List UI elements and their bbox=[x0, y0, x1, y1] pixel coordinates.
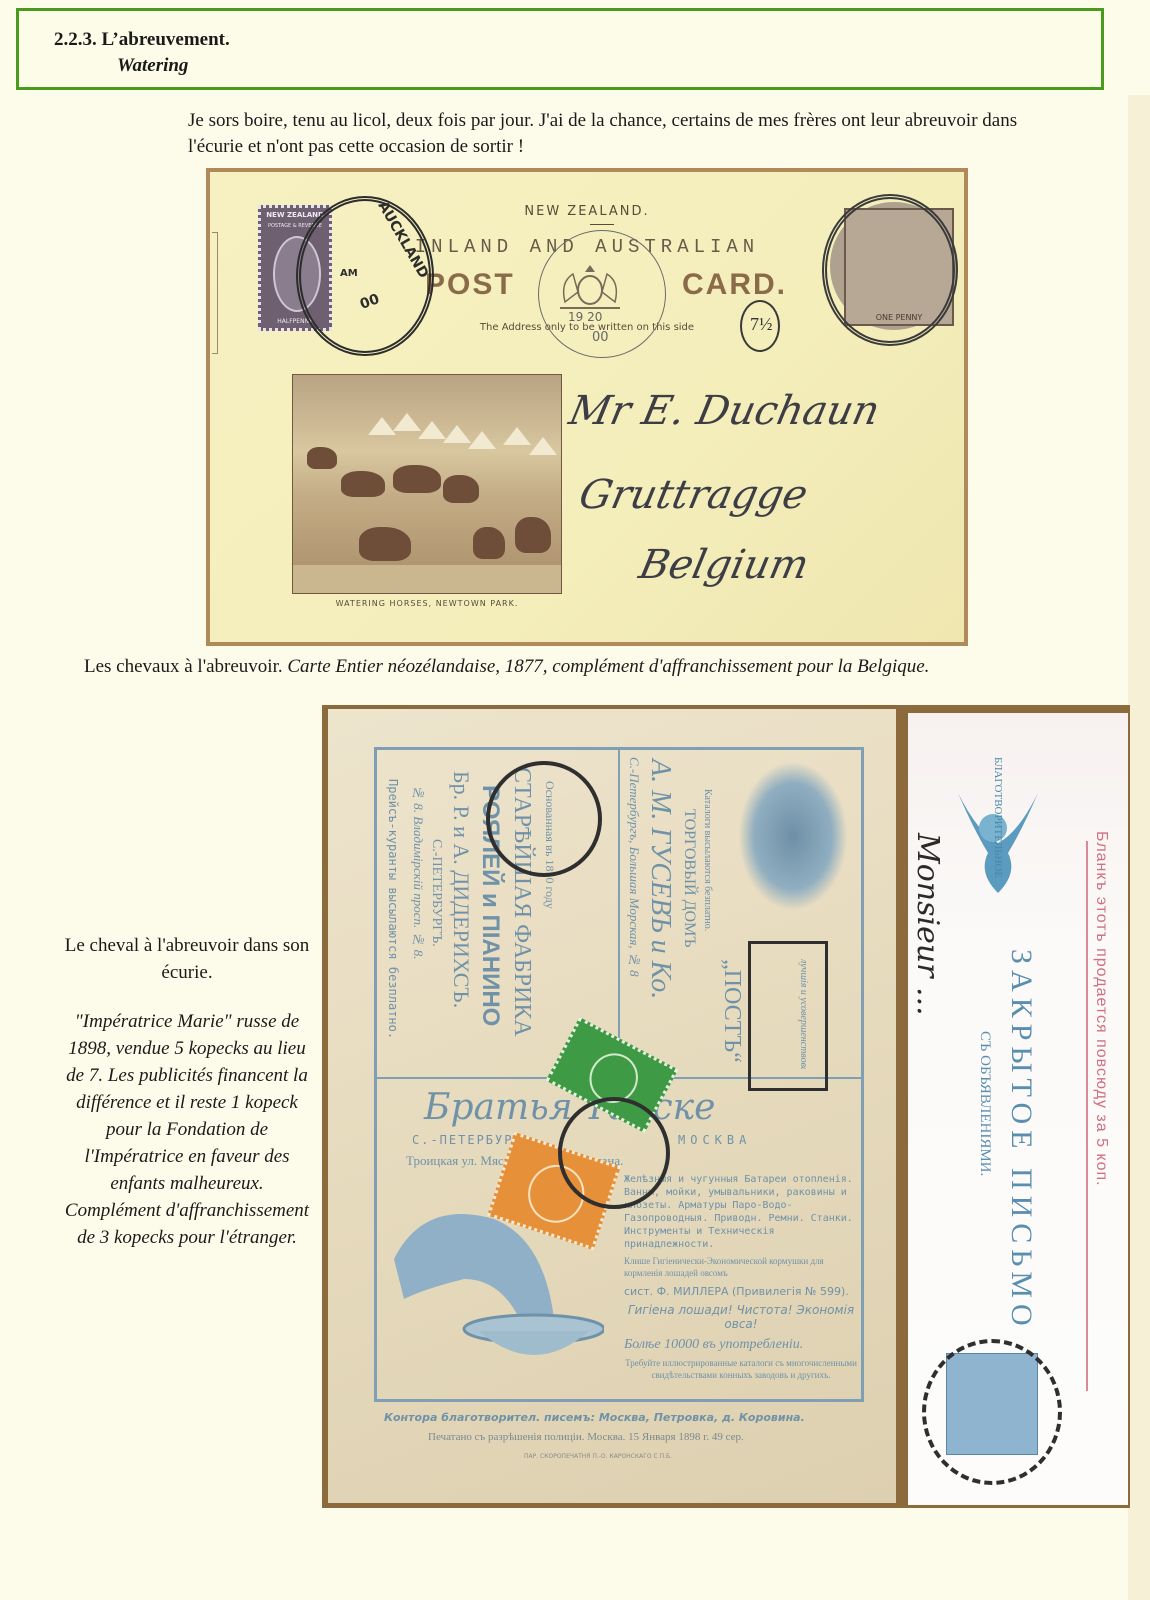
red-rule bbox=[1086, 841, 1088, 1391]
ru-card-caption: Le cheval à l'abreuvoir dans son écurie.… bbox=[64, 932, 310, 1251]
footer-censor: Печатано съ разрѣшенія полиціи. Москва. … bbox=[428, 1431, 744, 1443]
card-subtitle: СЪ ОБЪЯВЛЕНІЯМИ. bbox=[976, 1031, 993, 1176]
nz-postcard: NEW ZEALAND. INLAND AND AUSTRALIAN POST … bbox=[206, 168, 968, 646]
ad-text: Болѣе 10000 въ употребленіи. bbox=[624, 1337, 803, 1353]
ru-letter-card-back: Прейсъ-куранты высылаются безплатно. № 8… bbox=[328, 709, 896, 1503]
ad-text: сист. Ф. МИЛЛЕРА (Привилегія № 599). bbox=[624, 1285, 849, 1298]
handwritten-address: Monsieur ... bbox=[910, 833, 945, 1016]
section-header: 2.2.3. L’abreuvement. Watering bbox=[16, 8, 1104, 90]
address-line-3: Belgium bbox=[635, 542, 813, 588]
boxed-postmark bbox=[748, 941, 828, 1091]
postmark-st-petersburg bbox=[486, 761, 602, 877]
card-post-word: POST bbox=[425, 268, 515, 302]
footer-printer: ПАР. СКОРОПЕЧАТНЯ П.-О. КАРОНСКАГО С П.Б… bbox=[524, 1453, 672, 1460]
ad-text: Прейсъ-куранты высылаются безплатно. bbox=[386, 779, 400, 1039]
postmark-time: AM bbox=[340, 268, 358, 279]
ad-text: Бр. Р. и А. ДИДЕРИХСЪ. bbox=[448, 771, 474, 1008]
card-card-word: CARD. bbox=[682, 268, 787, 302]
ad-text: С.-ПЕТЕРБУРГЪ. bbox=[428, 839, 444, 947]
caption-plain: Le cheval à l'abreuvoir dans son écurie. bbox=[65, 935, 310, 983]
ad-text: Каталоги высылаются безплатно. bbox=[702, 789, 713, 931]
address-line-1: Mr E. Duchaun bbox=[565, 388, 884, 434]
caption-italic: "Impératrice Marie" russe de 1898, vendu… bbox=[64, 1008, 310, 1251]
ad-text: А. М. ГУСЕВЪ и Ко. bbox=[644, 759, 676, 999]
tax-mark: 7½ bbox=[740, 300, 780, 352]
price-note: Бланкъ этотъ продается повсюду за 5 коп. bbox=[1092, 831, 1110, 1187]
ad-text: № 8. Владимірскій просп. № 8. bbox=[410, 785, 426, 960]
ad-divider bbox=[618, 747, 620, 1077]
ad-text: ТОРГОВЫЙ ДОМЪ bbox=[680, 809, 698, 948]
ad-text: „ПОСТЪ“ bbox=[718, 959, 745, 1063]
emblem-text: БЛАГОТВОРИТЕЛЬНОЕ bbox=[992, 757, 1004, 878]
page-edge-shade bbox=[1128, 95, 1150, 1600]
intro-paragraph: Je sors boire, tenu au licol, deux fois … bbox=[188, 108, 1068, 160]
postmark-auckland bbox=[296, 196, 434, 356]
typewriter-illustration bbox=[738, 761, 848, 911]
caption-plain: Les chevaux à l'abreuvoir. bbox=[84, 656, 287, 677]
section-subtitle: Watering bbox=[117, 55, 188, 77]
nz-card-caption: Les chevaux à l'abreuvoir. Carte Entier … bbox=[84, 656, 1094, 678]
section-title: 2.2.3. L’abreuvement. bbox=[54, 29, 230, 51]
postmark-right bbox=[822, 194, 958, 346]
postmark-year: 00 bbox=[592, 330, 609, 345]
ad-city: МОСКВА bbox=[678, 1133, 751, 1147]
ad-text: Требуйте иллюстрированные каталоги съ мн… bbox=[624, 1357, 858, 1381]
postmark-moscow-1898 bbox=[922, 1339, 1062, 1485]
watering-horses-photo bbox=[292, 374, 562, 594]
card-title: ЗАКРЫТОЕ ПИСЬМО bbox=[1004, 949, 1038, 1332]
photo-caption: WATERING HORSES, NEWTOWN PARK. bbox=[292, 599, 562, 608]
divider bbox=[590, 224, 614, 225]
tax-value: 7½ bbox=[750, 314, 773, 335]
ad-text: С.-Петербургъ, Большая Морская, № 8 bbox=[626, 757, 642, 977]
ad-text: Гигіена лошади! Чистота! Экономія овса! bbox=[624, 1303, 858, 1331]
footer-office: Контора благотворител. писемъ: Москва, П… bbox=[384, 1411, 805, 1424]
ru-letter-card-front: БЛАГОТВОРИТЕЛЬНОЕ ЗАКРЫТОЕ ПИСЬМО СЪ ОБЪ… bbox=[902, 713, 1128, 1505]
postmark-moscow bbox=[558, 1097, 670, 1209]
ad-text: Клише Гигіенически-Экономической кормушк… bbox=[624, 1255, 858, 1279]
address-line-2: Gruttragge bbox=[575, 472, 812, 518]
caption-italic: Carte Entier néozélandaise, 1877, complé… bbox=[287, 656, 929, 677]
postmark-date: 19 20 bbox=[568, 310, 602, 324]
